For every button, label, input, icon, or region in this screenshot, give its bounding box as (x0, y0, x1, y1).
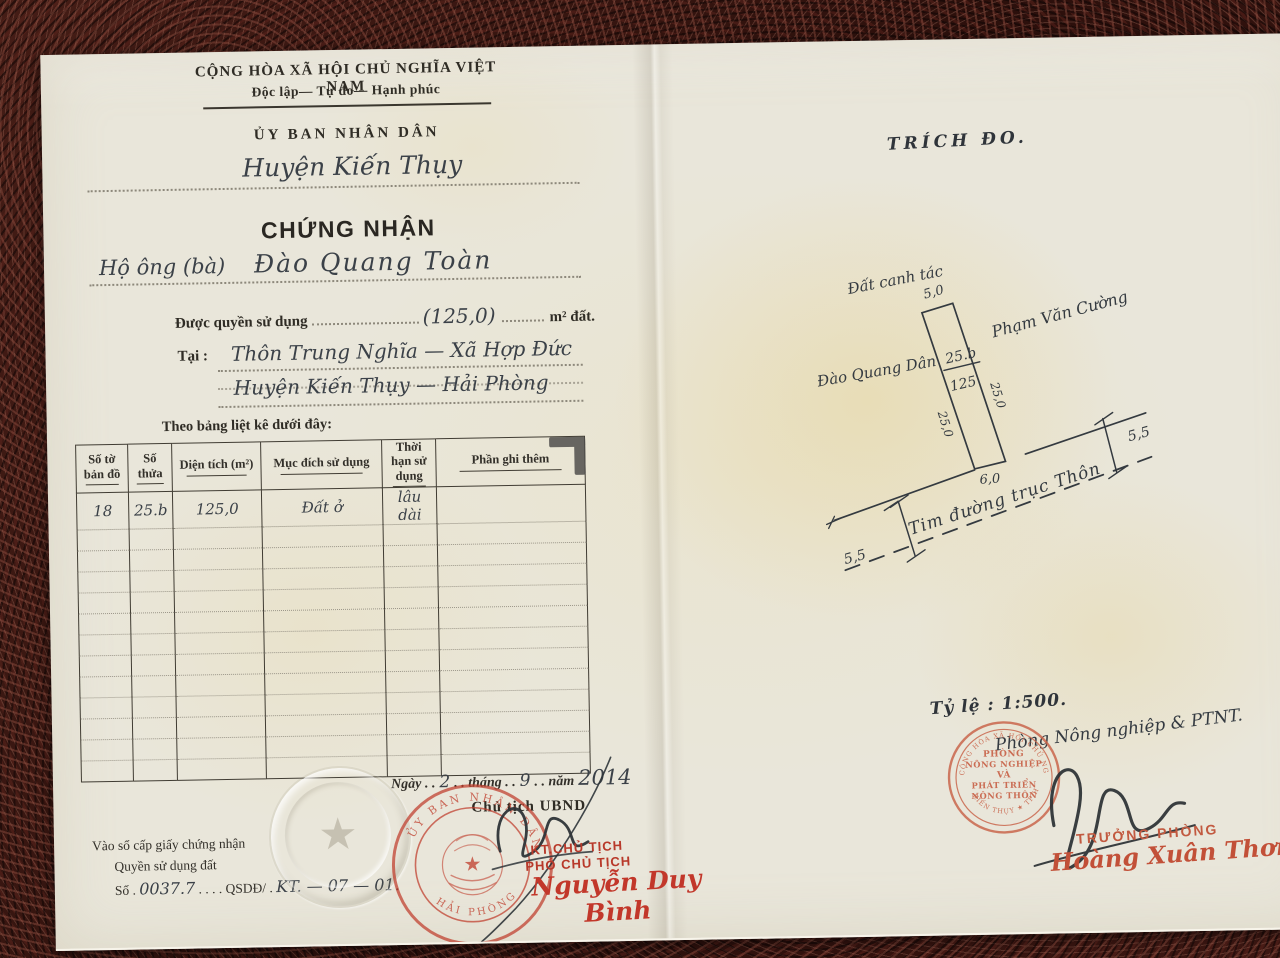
table-empty-cell (438, 563, 587, 587)
table-empty-cell (132, 676, 176, 698)
table-header-row: Số tờ bản đồSố thửaDiện tích (m²)Mục đíc… (76, 436, 586, 493)
area-value-handwritten: (125,0) (422, 303, 495, 328)
table-empty-cell (263, 567, 384, 590)
table-empty-cell (174, 590, 263, 613)
table-empty-cell (79, 655, 131, 677)
scan-artifact-bracket (549, 437, 586, 476)
table-empty-cell (264, 609, 385, 632)
table-empty-cell (81, 760, 133, 782)
table-empty-cell (177, 737, 266, 760)
issuer-dotted-line (88, 182, 580, 193)
cert-table-body: Số tờ bản đồSố thửaDiện tích (m²)Mục đíc… (76, 436, 591, 782)
table-cell: 125,0 (172, 490, 262, 529)
table-empty-cell (386, 671, 440, 693)
table-empty-cell (79, 634, 131, 656)
table-empty-cell (80, 676, 132, 698)
table-empty-cell (78, 571, 130, 593)
location-dotted-3 (218, 400, 583, 408)
table-empty-cell (79, 613, 131, 635)
table-intro: Theo bảng liệt kê dưới đây: (162, 416, 332, 436)
table-empty-cell (176, 695, 265, 718)
table-empty-cell (131, 613, 175, 635)
table-empty-cell (263, 588, 384, 611)
table-empty-cell (386, 713, 440, 735)
table-empty-cell (262, 525, 383, 548)
table-empty-cell (80, 697, 132, 719)
table-empty-cell (440, 710, 589, 734)
document-photo: { "colors": { "paper": "#e9e6da", "stain… (0, 0, 1280, 958)
table-empty-cell (133, 759, 177, 781)
table-empty-cell (77, 529, 129, 551)
table-cell (436, 484, 586, 524)
paper: CỘNG HÒA XÃ HỘI CHỦ NGHĨA VIỆT NAM Độc l… (40, 33, 1280, 951)
table-empty-cell (440, 668, 589, 692)
parcel-area: 125 (949, 373, 979, 395)
table-cell: 18 (76, 492, 129, 530)
neighbor-right-label: Phạm Văn Cường (989, 287, 1130, 342)
parcel-right-dim: 25,0 (987, 379, 1009, 410)
table-empty-cell (385, 650, 439, 672)
table-empty-cell (176, 674, 265, 697)
parcel-top-dim: 5,0 (922, 283, 946, 303)
table-empty-cell (173, 527, 262, 550)
table-empty-cell (175, 653, 264, 676)
parcel-bottom-dim: 6,0 (979, 471, 1001, 487)
area-line: Được quyền sử dụng (125,0) m² đất. (175, 302, 595, 333)
table-empty-cell (384, 587, 438, 609)
table-header-cell: Diện tích (m²) (172, 442, 262, 492)
table-empty-cell (174, 569, 263, 592)
location-line1-handwritten: Thôn Trung Nghĩa — Xã Hợp Đức (220, 336, 582, 366)
table-empty-cell (78, 592, 130, 614)
table-empty-cell (438, 584, 587, 608)
road-left-dim: 5,5 (842, 547, 868, 568)
table-empty-cell (440, 689, 589, 713)
table-cell: 25.b (128, 492, 173, 530)
parcel-sketch: Đất canh tác Đào Quang Dân Phạm Văn Cườn… (814, 250, 1192, 588)
cert-table: Số tờ bản đồSố thửaDiện tích (m²)Mục đíc… (75, 436, 591, 783)
certificate-title: CHỨNG NHẬN (191, 213, 505, 245)
registry-line3-printed1: Số . (115, 882, 136, 897)
table-empty-cell (439, 647, 588, 671)
table-empty-cell (384, 566, 438, 588)
table-empty-cell (383, 545, 437, 567)
location-label: Tại : (177, 348, 208, 366)
issuer-label: ỦY BAN NHÂN DÂN (190, 123, 504, 145)
grantee-name-handwritten: Đào Quang Toàn (254, 245, 493, 278)
road-right-dim: 5,5 (1126, 424, 1152, 445)
table-empty-cell (177, 758, 266, 781)
table-empty-cell (265, 714, 386, 737)
table-empty-cell (132, 718, 176, 740)
table-empty-cell (265, 672, 386, 695)
table-empty-cell (383, 524, 437, 546)
table-empty-cell (131, 634, 175, 656)
sketch-title: TRÍCH ĐO. (886, 127, 1028, 154)
table-empty-cell (438, 605, 587, 629)
parcel-left-dim: 25,0 (934, 408, 956, 439)
table-header-cell: Số thửa (128, 443, 173, 492)
table-empty-cell (266, 735, 387, 758)
table-empty-cell (130, 592, 174, 614)
location-line2-handwritten: Huyện Kiến Thụy — Hải Phòng (221, 370, 561, 400)
table-empty-cell (77, 550, 129, 572)
table-empty-cell (437, 521, 586, 545)
table-header-cell: Số tờ bản đồ (76, 444, 129, 493)
table-cell: lâu dài (382, 487, 437, 525)
table-empty-cell (439, 626, 588, 650)
table-empty-cell (133, 738, 177, 760)
table-empty-cell (175, 632, 264, 655)
table-cell: Đất ở (261, 488, 383, 527)
table-empty-cell (437, 542, 586, 566)
deputy-name-script: Nguyễn Duy Bình (496, 862, 739, 932)
table-header-cell: Mục đích sử dụng (261, 440, 383, 490)
dept-signature (1007, 723, 1210, 906)
registry-line3-printed2: . . . . QSDĐ/ . (198, 880, 273, 896)
table-empty-cell (175, 611, 264, 634)
area-unit: m² đất. (549, 309, 595, 327)
table-empty-cell (387, 734, 441, 756)
table-empty-cell (264, 630, 385, 653)
table-empty-cell (386, 692, 440, 714)
table-empty-cell (264, 651, 385, 674)
table-empty-cell (384, 608, 438, 630)
registry-number-handwritten: 0037.7 (139, 878, 195, 898)
table-empty-cell (262, 546, 383, 569)
table-header-cell: Thời hạn sử dụng (382, 439, 437, 488)
table-empty-cell (265, 693, 386, 716)
table-empty-cell (132, 697, 176, 719)
table-empty-cell (129, 550, 173, 572)
table-empty-cell (81, 739, 133, 761)
table-empty-cell (80, 718, 132, 740)
neighbor-left-label: Đào Quang Dân (815, 352, 938, 391)
table-empty-cell (173, 548, 262, 571)
road-label: Tim đường trục Thôn (906, 459, 1103, 540)
area-dots-1 (311, 308, 418, 326)
table-empty-cell (176, 716, 265, 739)
area-dots-2 (501, 305, 543, 322)
table-empty-cell (131, 655, 175, 677)
issuer-handwritten: Huyện Kiến Thụy (212, 149, 492, 183)
table-empty-cell (129, 529, 173, 551)
table-empty-cell (130, 571, 174, 593)
area-prefix: Được quyền sử dụng (175, 314, 308, 333)
embossed-seal-emblem-icon: ★ (284, 781, 392, 889)
table-empty-cell (385, 629, 439, 651)
header-rule (203, 102, 491, 109)
grantee-prefix-handwritten: Hộ ông (bà) (99, 254, 226, 280)
